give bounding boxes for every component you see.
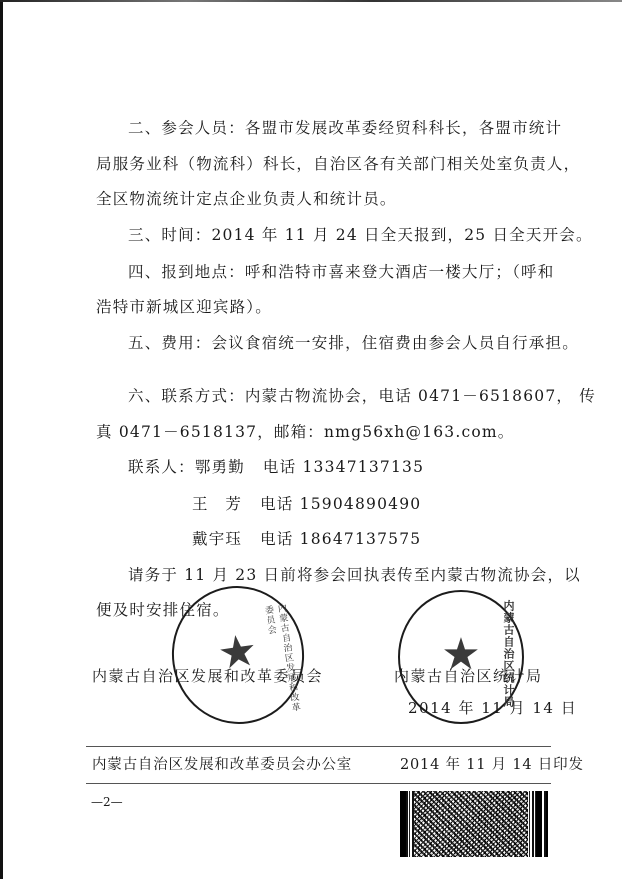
contact-row-2: 王 芳电话 15904890490 (192, 494, 421, 514)
contact-row-1: 联系人：鄂勇勤电话 13347137135 (128, 457, 424, 477)
contact-phone-label: 电话 (260, 530, 293, 548)
paragraph-contact-line-2: 真 0471－6518137，邮箱：nmg56xh@163.com。 (96, 422, 514, 442)
contact-phone: 13347137135 (302, 458, 424, 476)
paragraph-attendees-line-3: 全区物流统计定点企业负责人和统计员。 (96, 189, 397, 209)
contact-name: 戴宇珏 (192, 530, 242, 548)
seal-ring-text: 内蒙古自治区统计局 (500, 600, 516, 708)
contact-row-3: 戴宇珏电话 18647137575 (192, 529, 421, 549)
paragraph-time: 三、时间：2014 年 11 月 24 日全天报到，25 日全天开会。 (128, 225, 593, 245)
paragraph-attendees-line-1: 二、参会人员：各盟市发展改革委经贸科科长，各盟市统计 (128, 118, 562, 138)
paragraph-attendees-line-2: 局服务业科（物流科）科长，自治区各有关部门相关处室负责人， (96, 154, 580, 174)
scan-edge-left (0, 0, 3, 879)
contact-phone-label: 电话 (263, 458, 296, 476)
signature-ndrc: 内蒙古自治区发展和改革委员会 (92, 666, 323, 686)
paragraph-contact-line-1: 六、联系方式：内蒙古物流协会，电话 0471－6518607， 传 (128, 386, 596, 406)
page-number: —2— (91, 795, 123, 809)
contacts-label: 联系人： (128, 458, 195, 476)
footer-issue-date: 2014 年 11 月 14 日印发 (400, 755, 584, 775)
paragraph-cost: 五、费用：会议食宿统一安排，住宿费由参会人员自行承担。 (128, 333, 579, 353)
footer-issuer: 内蒙古自治区发展和改革委员会办公室 (92, 755, 352, 775)
paragraph-location-line-1: 四、报到地点：呼和浩特市喜来登大酒店一楼大厅；（呼和 (128, 262, 554, 282)
document-barcode (400, 791, 548, 857)
signature-date: 2014 年 11 月 14 日 (408, 698, 577, 718)
reminder-line-1: 请务于 11 月 23 日前将参会回执表传至内蒙古物流协会，以 (128, 565, 581, 585)
scan-edge-top (0, 0, 622, 2)
contact-phone: 18647137575 (300, 530, 422, 548)
footer-top-rule (86, 746, 551, 747)
paragraph-location-line-2: 浩特市新城区迎宾路）。 (96, 297, 272, 317)
signature-stats-bureau: 内蒙古自治区统计局 (394, 666, 543, 686)
contact-phone-label: 电话 (260, 495, 293, 513)
seal-ring-text: 内蒙古自治区发展和改革委员会 (261, 603, 302, 718)
contact-name: 鄂勇勤 (195, 458, 245, 476)
footer-bottom-rule (86, 783, 551, 784)
contact-phone: 15904890490 (300, 495, 422, 513)
contact-name: 王 芳 (192, 495, 242, 513)
